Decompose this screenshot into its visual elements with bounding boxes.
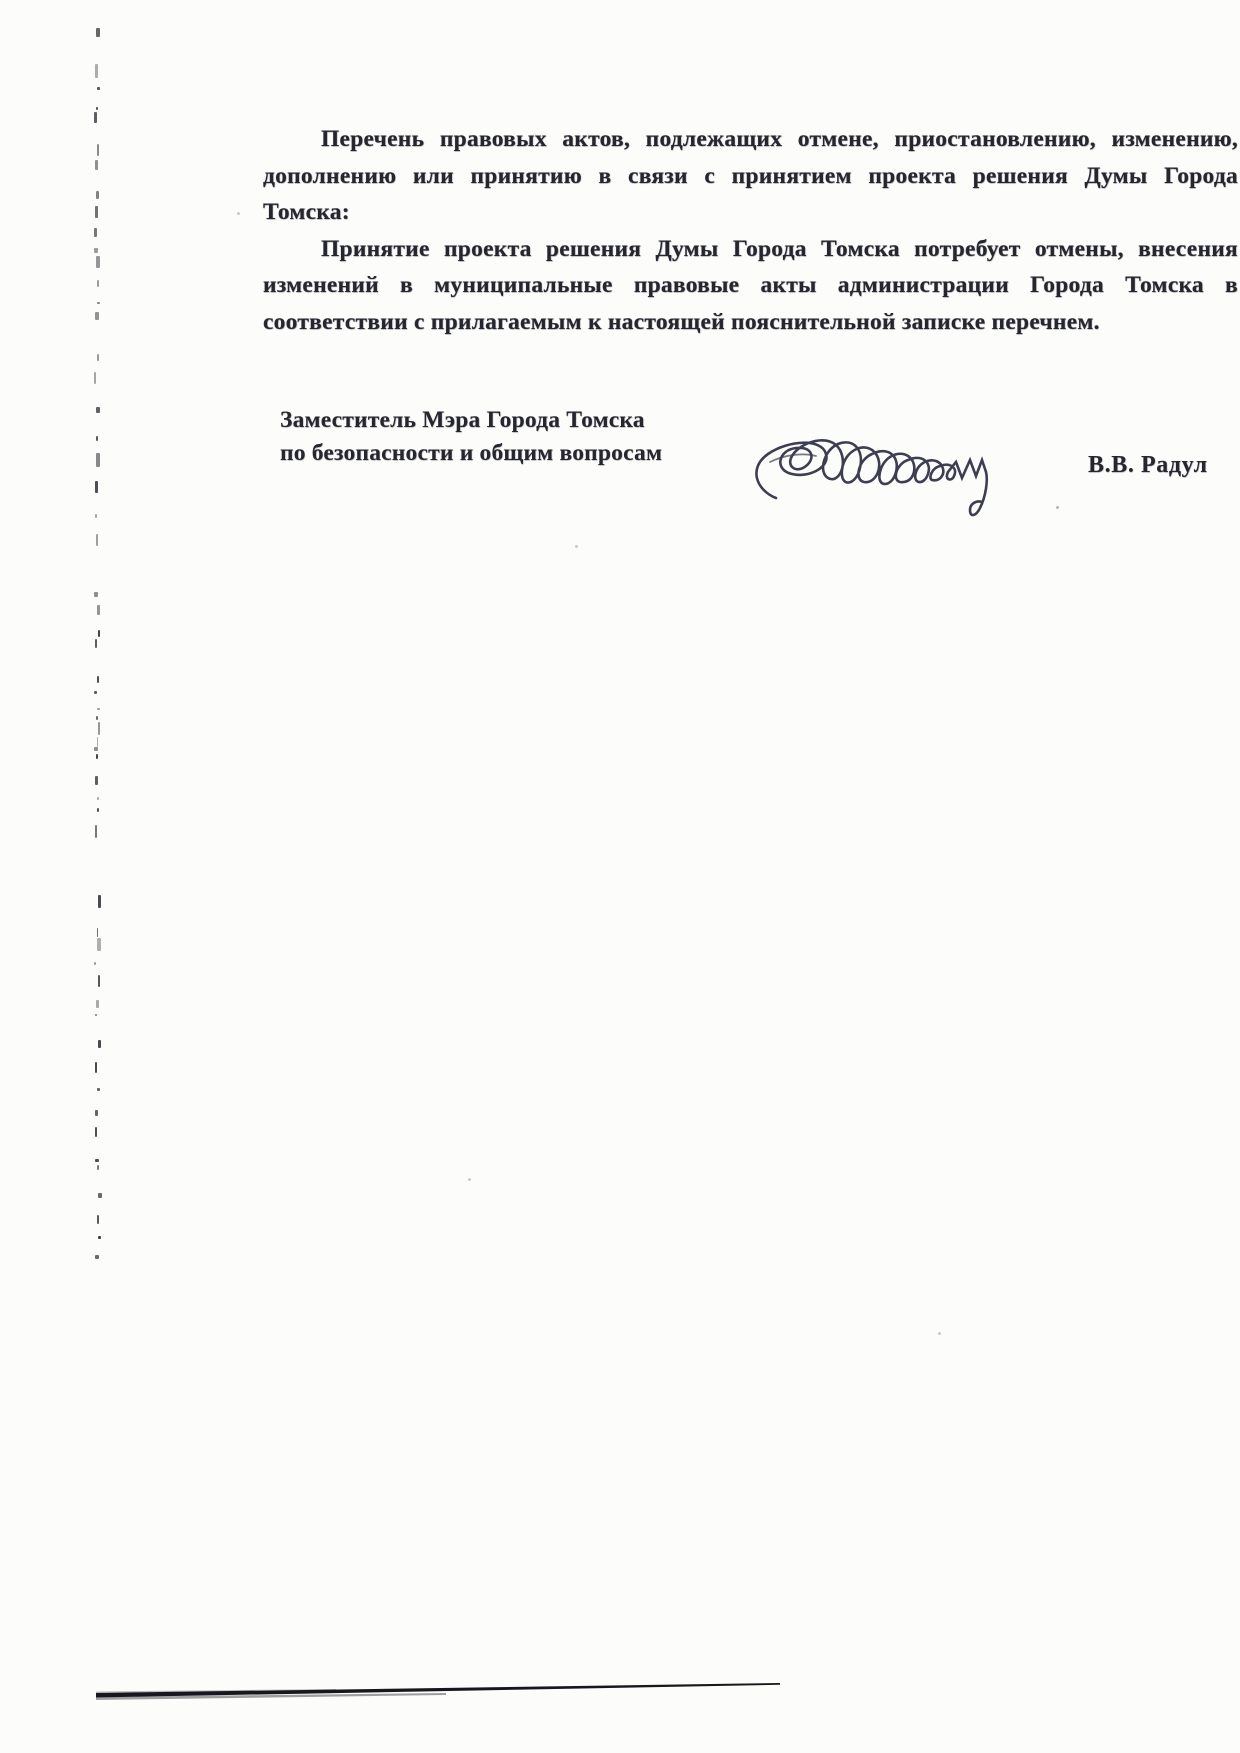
scan-speck [938, 1332, 941, 1335]
scan-noise-dash [95, 1159, 98, 1162]
signer-title: Заместитель Мэра Города Томска по безопа… [280, 404, 680, 470]
scan-noise-dash [98, 1193, 102, 1198]
scan-noise-dash [96, 436, 98, 441]
scan-noise-dash [94, 248, 97, 254]
scan-noise-dash [95, 1110, 98, 1117]
scan-noise-dash [96, 256, 100, 268]
paragraph-line: изменений в муниципальные правовые акты … [263, 267, 1238, 304]
scan-speck [468, 1178, 471, 1181]
scan-noise-dash [97, 280, 99, 287]
scan-noise-dash [96, 407, 99, 412]
scan-noise-dash [95, 639, 98, 648]
paragraph-line: Принятие проекта решения Думы Города Том… [263, 231, 1238, 268]
scan-noise-dash [96, 453, 100, 466]
scan-noise-dash [97, 144, 99, 156]
scan-noise-dash [95, 514, 97, 518]
scan-noise-dash [97, 737, 99, 747]
signer-name: В.В. Радул [1088, 452, 1208, 479]
scan-noise-dash [95, 776, 98, 785]
scan-noise-dash [98, 722, 100, 734]
scan-binding-noise [0, 0, 120, 1400]
signer-title-line2: по безопасности и общим вопросам [280, 437, 680, 470]
scan-noise-dash [95, 64, 99, 78]
scan-artifact-bottom-line [86, 1676, 796, 1706]
scan-noise-dash [97, 928, 99, 937]
scan-noise-dash [97, 302, 100, 304]
scan-noise-dash [95, 1014, 97, 1016]
scan-noise-dash [94, 592, 97, 597]
scan-noise-dash [95, 481, 98, 494]
scan-noise-dash [95, 1127, 97, 1136]
scan-noise-dash [94, 372, 96, 383]
scan-noise-dash [95, 1062, 98, 1073]
scan-noise-dash [98, 1236, 101, 1239]
scan-noise-dash [96, 107, 98, 110]
scan-noise-dash [96, 1000, 99, 1008]
scan-noise-dash [94, 112, 97, 124]
scan-speck [575, 545, 578, 548]
scan-noise-dash [97, 1088, 100, 1090]
scan-noise-dash [94, 228, 97, 237]
scan-noise-dash [96, 716, 98, 720]
scan-noise-dash [98, 1040, 102, 1048]
scan-noise-dash [95, 825, 98, 837]
scan-noise-dash [95, 1255, 99, 1259]
scan-noise-dash [94, 962, 96, 965]
paragraph-line: Томска: [263, 194, 1238, 231]
paragraph-line: Перечень правовых актов, подлежащих отме… [263, 121, 1238, 158]
scan-noise-dash [98, 630, 100, 638]
scan-noise-dash [96, 191, 99, 200]
scan-noise-dash [95, 206, 98, 218]
handwritten-signature-icon [742, 422, 1032, 532]
scan-noise-dash [96, 28, 100, 37]
scan-noise-dash [95, 312, 98, 320]
document-body: Перечень правовых актов, подлежащих отме… [263, 121, 1238, 340]
scanned-document-page: Перечень правовых актов, подлежащих отме… [0, 0, 1240, 1753]
scan-noise-dash [97, 938, 100, 951]
scan-noise-dash [97, 797, 99, 800]
scan-noise-dash [97, 676, 99, 683]
paragraph-adoption-consequences: Принятие проекта решения Думы Города Том… [263, 231, 1238, 341]
scan-noise-dash [97, 1215, 100, 1224]
paragraph-line: дополнению или принятию в связи с принят… [263, 158, 1238, 195]
scan-speck [237, 212, 240, 215]
paragraph-list-of-acts: Перечень правовых актов, подлежащих отме… [263, 121, 1238, 231]
scan-noise-dash [97, 605, 99, 615]
signer-title-line1: Заместитель Мэра Города Томска [280, 404, 680, 437]
scan-noise-dash [97, 708, 99, 710]
scan-noise-dash [98, 895, 102, 908]
scan-noise-dash [95, 160, 98, 170]
scan-noise-dash [94, 747, 98, 750]
scan-noise-dash [94, 691, 97, 694]
scan-noise-dash [96, 754, 99, 759]
scan-noise-dash [98, 975, 100, 986]
scan-noise-dash [97, 354, 99, 361]
paragraph-line: соответствии с прилагаемым к настоящей п… [263, 304, 1238, 341]
scan-noise-dash [97, 808, 100, 813]
scan-speck [1056, 506, 1059, 509]
scan-noise-dash [96, 534, 98, 546]
scan-noise-dash [97, 1165, 99, 1169]
scan-noise-dash [97, 87, 101, 89]
